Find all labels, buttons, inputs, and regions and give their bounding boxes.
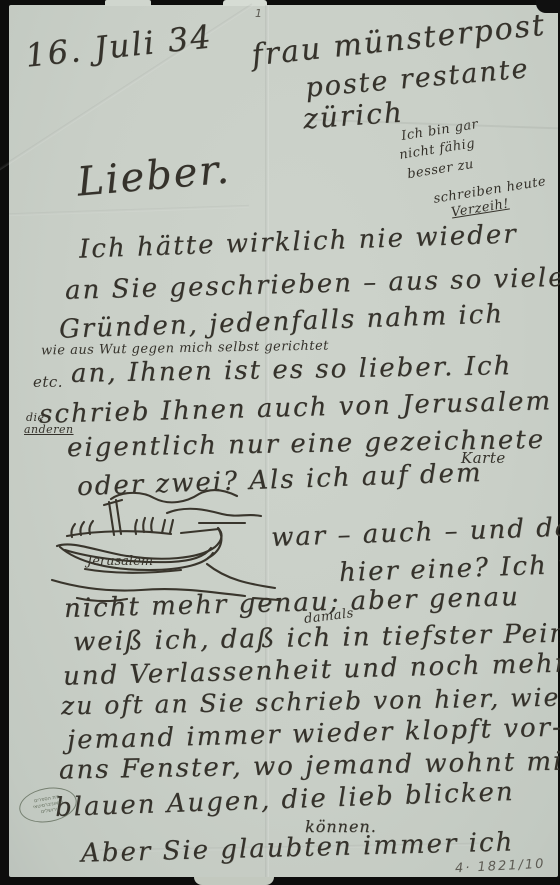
margin-insertion: etc. — [33, 373, 63, 391]
letter-line: Ich hätte wirklich nie wieder — [79, 219, 519, 264]
letter-line: schrieb Ihnen auch von Jerusalem — [39, 386, 553, 429]
letter-line: war – auch – und dann — [271, 511, 560, 553]
letter-paper: 1 16. Juli 34 frau münsterpost poste res… — [9, 5, 558, 877]
ship-label: Jerusalem — [84, 554, 153, 569]
address-line: zürich — [302, 96, 405, 136]
paper-edge — [194, 877, 274, 885]
letter-line: an, Ihnen ist es so lieber. Ich — [71, 351, 513, 389]
salutation: Lieber. — [75, 146, 232, 205]
margin-note: besser zu — [406, 157, 475, 182]
ship-sketch: Jerusalem — [49, 483, 287, 615]
page-number-mark: 1 — [255, 7, 263, 20]
letter-line: Aber Sie glaubten immer ich — [81, 827, 515, 868]
ship-sketch-drawing: Jerusalem — [49, 483, 287, 615]
letter-date: 16. Juli 34 — [24, 17, 215, 74]
fold-crease — [9, 205, 249, 216]
letter-line: Gründen, jedenfalls nahm ich — [59, 299, 505, 345]
scan-corner-shadow — [536, 0, 560, 13]
catalog-number: 4· 1821/10 — [455, 857, 546, 877]
stamp-text-line: ירושלים — [41, 807, 58, 816]
paper-edge — [105, 0, 151, 6]
paper-edge — [223, 0, 267, 6]
scanned-letter: 1 16. Juli 34 frau münsterpost poste res… — [0, 0, 560, 885]
letter-line: hier eine? Ich weiß — [339, 548, 560, 588]
